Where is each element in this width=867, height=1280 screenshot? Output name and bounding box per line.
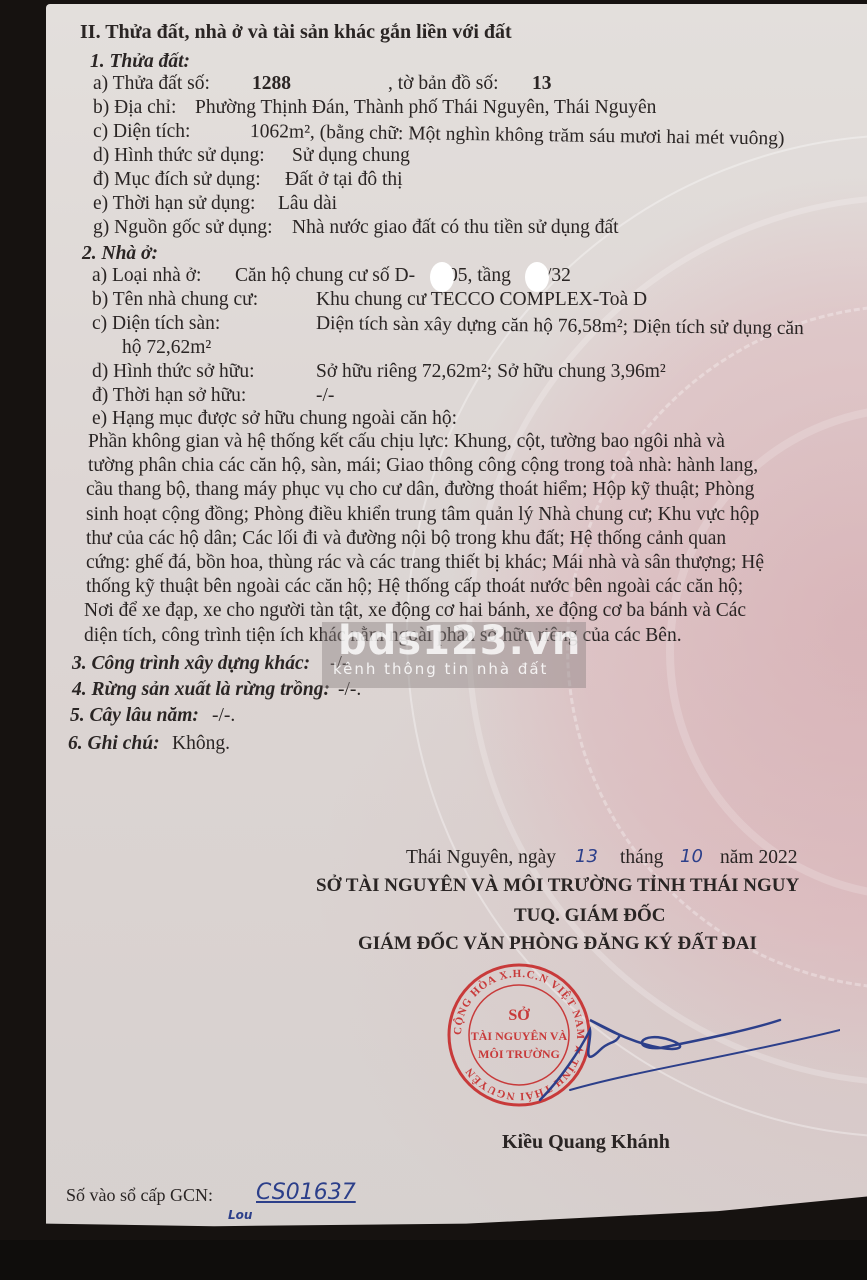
signer-title: GIÁM ĐỐC VĂN PHÒNG ĐĂNG KÝ ĐẤT ĐAI: [358, 934, 757, 953]
common-items-line: sinh hoạt cộng đồng; Phòng điều khiển tr…: [86, 505, 759, 525]
address-label: b) Địa chỉ:: [93, 98, 176, 118]
building-value: Khu chung cư TECCO COMPLEX-Toà D: [316, 290, 647, 310]
use-form-value: Sử dụng chung: [292, 146, 410, 166]
floor-area-value: Diện tích sàn xây dựng căn hộ 76,58m²; D…: [316, 314, 804, 339]
purpose-value: Đất ở tại đô thị: [285, 170, 403, 190]
origin-label: g) Nguồn gốc sử dụng:: [93, 218, 273, 238]
certificate-content: II. Thửa đất, nhà ở và tài sản khác gắn …: [0, 0, 867, 1280]
perennial-label: 5. Cây lâu năm:: [70, 706, 199, 726]
parcel-number: 1288: [252, 74, 291, 94]
map-number: 13: [532, 74, 552, 94]
house-heading: 2. Nhà ở:: [82, 244, 158, 264]
watermark-tagline: kênh thông tin nhà đất: [333, 660, 548, 678]
purpose-label: đ) Mục đích sử dụng:: [93, 170, 261, 190]
background-surface: [0, 1240, 867, 1280]
ownership-value: Sở hữu riêng 72,62m²; Sở hữu chung 3,96m…: [316, 362, 666, 382]
parcel-label: a) Thửa đất số:: [93, 74, 210, 94]
note-label: 6. Ghi chú:: [68, 734, 160, 754]
month-label: tháng: [620, 848, 663, 868]
common-items-line: tường phân chia các căn hộ, sàn, mái; Gi…: [88, 456, 758, 476]
term-label: e) Thời hạn sử dụng:: [93, 194, 255, 214]
forest-label: 4. Rừng sản xuất là rừng trồng:: [72, 680, 330, 700]
use-form-label: d) Hình thức sử dụng:: [93, 146, 265, 166]
house-type-label: a) Loại nhà ở:: [92, 266, 201, 286]
land-heading: 1. Thửa đất:: [90, 52, 190, 72]
common-items-label: e) Hạng mục được sở hữu chung ngoài căn …: [92, 409, 457, 429]
year-label: năm 2022: [720, 848, 797, 868]
address-value: Phường Thịnh Đán, Thành phố Thái Nguyên,…: [195, 98, 656, 118]
house-type-part1: Căn hộ chung cư số D-: [235, 266, 415, 286]
origin-value: Nhà nước giao đất có thu tiền sử dụng đấ…: [292, 218, 619, 238]
watermark-brand: bds123.vn: [338, 618, 581, 664]
handwritten-month: 10: [680, 846, 703, 867]
common-items-line: thư của các hộ dân; Các lối đi và đường …: [86, 529, 726, 549]
house-type-part3: /32: [546, 266, 571, 286]
perennial-value: -/-.: [212, 706, 235, 726]
floor-area-value-cont: hộ 72,62m²: [122, 338, 211, 358]
signer-name: Kiều Quang Khánh: [502, 1132, 670, 1152]
house-type-part2: 05, tầng: [448, 266, 511, 286]
area-label: c) Diện tích:: [93, 122, 190, 142]
section-title: II. Thửa đất, nhà ở và tài sản khác gắn …: [80, 22, 512, 42]
on-behalf-of: TUQ. GIÁM ĐỐC: [514, 906, 665, 925]
map-label: , tờ bản đồ số:: [388, 74, 499, 94]
note-value: Không.: [172, 734, 230, 754]
building-label: b) Tên nhà chung cư:: [92, 290, 258, 310]
other-construction-label: 3. Công trình xây dựng khác:: [72, 654, 310, 674]
own-term-value: -/-: [316, 386, 334, 406]
term-value: Lâu dài: [278, 194, 337, 214]
registry-label: Số vào sổ cấp GCN:: [66, 1186, 213, 1204]
registry-number: CS01637: [256, 1180, 356, 1205]
common-items-line: thống kỹ thuật bên ngoài các căn hộ; Hệ …: [86, 577, 743, 597]
ownership-label: d) Hình thức sở hữu:: [92, 362, 255, 382]
handwritten-day: 13: [575, 846, 598, 867]
signature-icon: [520, 1000, 840, 1110]
common-items-line: Phần không gian và hệ thống kết cấu chịu…: [88, 432, 725, 452]
redaction-dot: [525, 262, 549, 292]
issuing-authority: SỞ TÀI NGUYÊN VÀ MÔI TRƯỜNG TỈNH THÁI NG…: [316, 876, 799, 895]
common-items-line: cứng: ghế đá, bồn hoa, thùng rác và các …: [86, 553, 764, 573]
common-items-line: cầu thang bộ, thang máy phục vụ cho cư d…: [86, 480, 754, 500]
redaction-dot: [430, 262, 454, 292]
floor-area-label: c) Diện tích sàn:: [92, 314, 220, 334]
place-date-prefix: Thái Nguyên, ngày: [406, 848, 556, 868]
own-term-label: đ) Thời hạn sở hữu:: [92, 386, 246, 406]
registry-initials: Lou: [228, 1208, 252, 1222]
